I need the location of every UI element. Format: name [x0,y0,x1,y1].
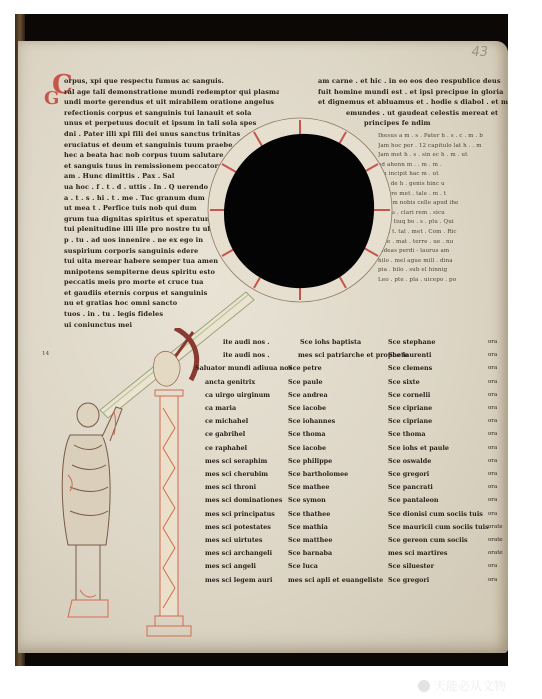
watermark-logo-icon [418,680,430,692]
litany-column-1: ite audi nos . ite audi nos . Saluator m… [205,336,292,587]
litany-column-3: Sce stephane Sce laurenti Sce clemens Sc… [388,336,489,587]
decorated-column-icon [145,328,205,646]
robed-figure-icon [50,395,135,635]
watermark-text: 天能必从文物 [434,677,506,694]
red-initial-g: G [44,90,59,108]
marginal-number: 14 [42,350,49,360]
litany-responses: ora ora ora ora ora ora ora ora ora ora … [488,336,503,587]
watermark: 天能必从文物 [418,677,506,694]
circle-disc-icon [200,110,400,310]
folio-number: 43 [471,45,488,60]
circular-diagram [200,110,400,310]
